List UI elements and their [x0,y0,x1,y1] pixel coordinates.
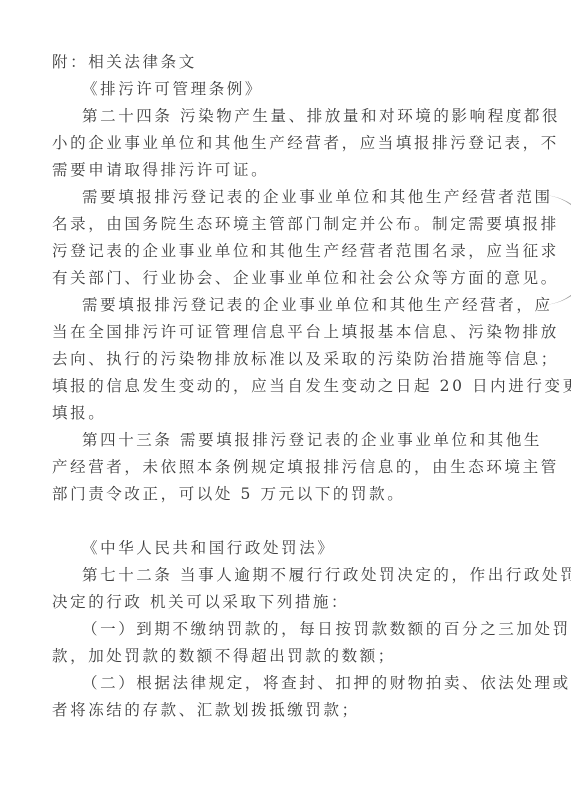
article-24-para3-line: 填报的信息发生变动的，应当自发生变动之日起 20 日内进行变更 [52,376,571,396]
document-page: 附：相关法律条文 《排污许可管理条例》 第二十四条 污染物产生量、排放量和对环境… [0,0,571,795]
article-24-line: 小的企业事业单位和其他生产经营者，应当填报排污登记表，不 [52,133,559,153]
article-72-item2-line: （二）根据法律规定，将查封、扣押的财物拍卖、依法处理或 [82,673,571,693]
article-72-item1-line: 款，加处罚款的数额不得超出罚款的数额； [52,646,396,666]
article-24-line: 需要申请取得排污许可证。 [52,160,269,180]
appendix-heading: 附：相关法律条文 [52,52,197,72]
article-24-para3-line: 当在全国排污许可证管理信息平台上填报基本信息、污染物排放 [52,322,559,342]
law-title: 《中华人民共和国行政处罚法》 [82,538,335,558]
article-24-para2-line: 有关部门、行业协会、企业事业单位和社会公众等方面的意见。 [52,268,559,288]
article-24-para3-line: 需要填报排污登记表的企业事业单位和其他生产经营者，应 [82,295,553,315]
article-24-para3-line: 去向、执行的污染物排放标准以及采取的污染防治措施等信息； [52,349,559,369]
article-72-item1-line: （一）到期不缴纳罚款的，每日按罚款数额的百分之三加处罚 [82,619,571,639]
regulation-title: 《排污许可管理条例》 [82,79,263,99]
article-72-item2-line: 者将冻结的存款、汇款划拨抵缴罚款； [52,700,360,720]
article-43-line: 产经营者，未依照本条例规定填报排污信息的，由生态环境主管 [52,457,559,477]
article-24-para2-line: 需要填报排污登记表的企业事业单位和其他生产经营者范围 [82,187,553,207]
article-72-line: 决定的行政 机关可以采取下列措施： [52,592,349,612]
article-24-para2-line: 污登记表的企业事业单位和其他生产经营者范围名录，应当征求 [52,241,559,261]
article-24-line: 第二十四条 污染物产生量、排放量和对环境的影响程度都很 [82,106,560,126]
article-24-para2-line: 名录，由国务院生态环境主管部门制定并公布。制定需要填报排 [52,214,559,234]
article-24-para3-line: 填报。 [52,403,106,423]
article-43-line: 第四十三条 需要填报排污登记表的企业事业单位和其他生 [82,430,542,450]
seal-fragment-icon [536,195,571,305]
article-43-line: 部门责令改正，可以处 5 万元以下的罚款。 [52,484,405,504]
article-72-line: 第七十二条 当事人逾期不履行行政处罚决定的，作出行政处罚 [82,565,571,585]
